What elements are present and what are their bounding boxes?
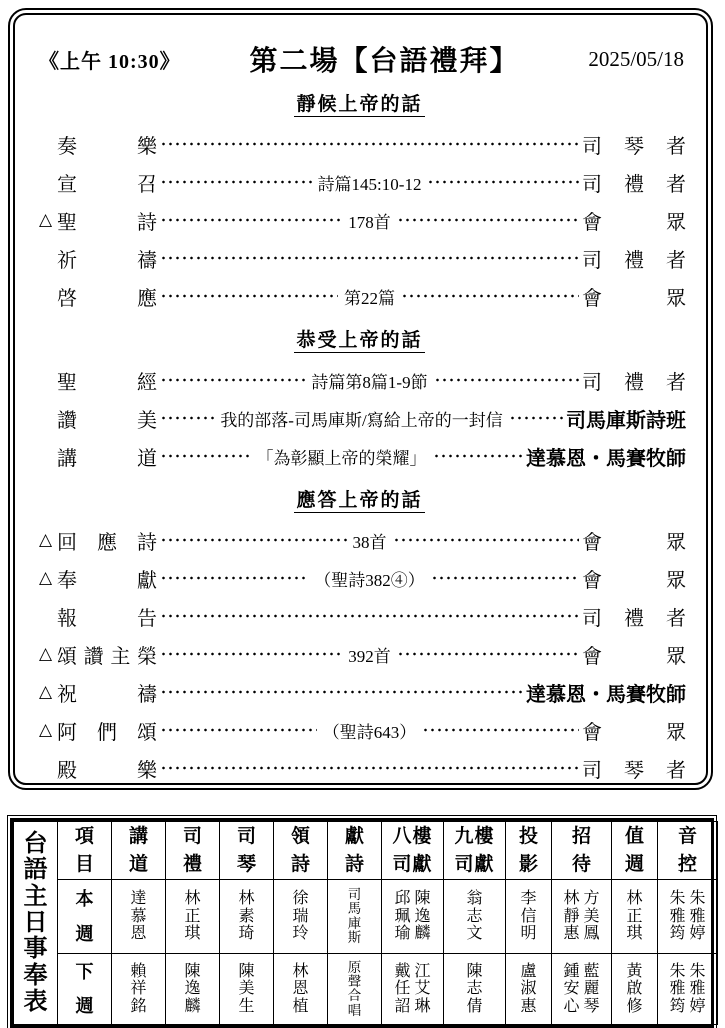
roster-cell: 邱珮瑜陳逸麟: [382, 880, 444, 954]
person-name: 盧淑惠: [520, 963, 538, 1016]
roster-cell-names: 朱雅筠朱雅婷: [658, 963, 717, 1016]
program-item-label: 祝禱: [57, 678, 157, 707]
worship-program-inner-border: 《上午 10:30》 第二場【台語禮拜】 2025/05/18 靜候上帝的話奏樂…: [13, 13, 708, 785]
section-heading: 靜候上帝的話: [29, 89, 690, 121]
program-row: △回應詩38首會眾: [29, 521, 690, 559]
dotted-leader: [160, 370, 305, 390]
column-header-text: 項目: [74, 823, 96, 878]
roster-data-row: 下週賴祥銘陳逸麟陳美生林恩植原聲合唱戴任詔江艾琳陳志倩盧淑惠鍾安心藍麗琴黃啟修朱…: [14, 954, 718, 1025]
service-date: 2025/05/18: [588, 47, 684, 72]
roster-cell-names: 原聲合唱: [328, 961, 381, 1018]
program-item-performer: 達慕恩・馬賽牧師: [526, 442, 686, 471]
roster-cell: 朱雅筠朱雅婷: [658, 880, 718, 954]
roster-cell-names: 黃啟修: [612, 963, 657, 1016]
person-name: 江艾琳: [414, 963, 432, 1016]
program-item-performer: 會眾: [582, 526, 686, 555]
roster-cell: 林恩植: [274, 954, 328, 1025]
column-header: 項目: [58, 822, 112, 880]
roster-cell: 林正琪: [166, 880, 220, 954]
person-name: 朱雅筠: [669, 963, 687, 1016]
roster-cell-names: 邱珮瑜陳逸麟: [382, 890, 443, 943]
triangle-marker: △: [39, 530, 57, 550]
program-row: 報告司禮者: [29, 597, 690, 635]
column-header-text: 投影: [518, 823, 540, 878]
dotted-leader: [160, 286, 338, 306]
dotted-leader: [160, 568, 308, 588]
person-name: 翁志文: [466, 890, 484, 943]
person-name: 林正琪: [626, 890, 644, 943]
roster-data-row: 本週達慕恩林正琪林素琦徐瑞玲司馬庫斯邱珮瑜陳逸麟翁志文李信明林靜惠方美鳳林正琪朱…: [14, 880, 718, 954]
dotted-leader: [160, 172, 312, 192]
roster-cell: 鍾安心藍麗琴: [552, 954, 612, 1025]
program-item-performer: 司禮者: [582, 244, 686, 273]
person-name: 邱珮瑜: [394, 890, 412, 943]
program-body: 靜候上帝的話奏樂司琴者宣召詩篇145:10-12司禮者△聖詩178首會眾祈禱司禮…: [29, 89, 690, 787]
program-row: 讚美我的部落-司馬庫斯/寫給上帝的一封信司馬庫斯詩班: [29, 399, 690, 437]
program-row: △阿們頌（聖詩643）會眾: [29, 711, 690, 749]
column-header: 講道: [112, 822, 166, 880]
dotted-leader: [433, 446, 524, 466]
program-item-label: 奏樂: [57, 130, 157, 159]
roster-cell-names: 賴祥銘: [112, 963, 165, 1016]
page-title: 第二場【台語禮拜】: [249, 39, 519, 79]
column-header: 領詩: [274, 822, 328, 880]
program-item-label: 聖詩: [57, 206, 157, 235]
column-header: 司禮: [166, 822, 220, 880]
person-name: 達慕恩: [130, 890, 148, 943]
triangle-marker: △: [39, 720, 57, 740]
dotted-leader: [401, 286, 579, 306]
person-name: 朱雅婷: [689, 890, 707, 943]
program-row: △祝禱達慕恩・馬賽牧師: [29, 673, 690, 711]
program-item-detail: 178首: [345, 208, 394, 233]
roster-cell: 陳志倩: [444, 954, 506, 1025]
dotted-leader: [160, 644, 342, 664]
program-item-detail: 38首: [350, 528, 390, 553]
dotted-leader: [427, 172, 579, 192]
column-header-text: 獻詩: [344, 823, 366, 878]
column-header-text: 領詩: [290, 823, 312, 878]
dotted-leader: [509, 408, 563, 428]
row-label-cell: 下週: [58, 954, 112, 1025]
program-row: △奉獻（聖詩382④）會眾: [29, 559, 690, 597]
person-name: 陳志倩: [466, 963, 484, 1016]
program-item-performer: 司琴者: [582, 754, 686, 783]
program-item-performer: 司禮者: [582, 366, 686, 395]
roster-cell: 賴祥銘: [112, 954, 166, 1025]
program-item-performer: 會眾: [582, 206, 686, 235]
triangle-marker: △: [39, 568, 57, 588]
dotted-leader: [393, 530, 580, 550]
roster-cell-names: 林素琦: [220, 890, 273, 943]
column-header-text: 司禮: [182, 823, 204, 878]
row-label-cell: 本週: [58, 880, 112, 954]
program-item-detail: 第22篇: [341, 284, 398, 309]
person-name: 司馬庫斯: [347, 888, 362, 945]
program-row: 啓應第22篇會眾: [29, 277, 690, 315]
dotted-leader: [431, 568, 579, 588]
person-name: 朱雅婷: [689, 963, 707, 1016]
roster-cell-names: 陳逸麟: [166, 963, 219, 1016]
person-name: 陳逸麟: [184, 963, 202, 1016]
roster-cell-names: 司馬庫斯: [328, 888, 381, 945]
program-item-label: 報告: [57, 602, 157, 631]
person-name: 戴任詔: [394, 963, 412, 1016]
dotted-leader: [422, 720, 579, 740]
section-heading: 恭受上帝的話: [29, 325, 690, 357]
person-name: 徐瑞玲: [292, 890, 310, 943]
section-heading-text: 靜候上帝的話: [294, 94, 424, 117]
roster-cell: 黃啟修: [612, 954, 658, 1025]
program-row: △頌讚主榮392首會眾: [29, 635, 690, 673]
program-item-label: 宣召: [57, 168, 157, 197]
dotted-leader: [160, 720, 317, 740]
triangle-marker: △: [39, 210, 57, 230]
dotted-leader: [160, 248, 579, 268]
section-heading: 應答上帝的話: [29, 485, 690, 517]
roster-cell-names: 林正琪: [166, 890, 219, 943]
column-header: 司琴: [220, 822, 274, 880]
program-row: 殿樂司琴者: [29, 749, 690, 787]
column-header: 招待: [552, 822, 612, 880]
roster-cell: 陳逸麟: [166, 954, 220, 1025]
program-item-detail: 我的部落-司馬庫斯/寫給上帝的一封信: [217, 406, 505, 431]
section-heading-text: 應答上帝的話: [294, 490, 424, 513]
roster-cell: 陳美生: [220, 954, 274, 1025]
person-name: 原聲合唱: [347, 961, 362, 1018]
person-name: 林恩植: [292, 963, 310, 1016]
column-header-text: 司琴: [236, 823, 258, 878]
program-item-label: 奉獻: [57, 564, 157, 593]
program-item-label: 回應詩: [57, 526, 157, 555]
person-name: 陳逸麟: [414, 890, 432, 943]
dotted-leader: [160, 408, 214, 428]
service-time: 《上午 10:30》: [39, 45, 181, 74]
program-item-performer: 司禮者: [582, 602, 686, 631]
column-header-text: 講道: [128, 823, 150, 878]
dotted-leader: [160, 758, 579, 778]
roster-cell-names: 林靜惠方美鳳: [552, 890, 611, 943]
roster-cell-names: 陳美生: [220, 963, 273, 1016]
person-name: 方美鳳: [583, 890, 601, 943]
program-item-label: 讚美: [57, 404, 157, 433]
roster-cell-names: 朱雅筠朱雅婷: [658, 890, 717, 943]
roster-cell: 林靜惠方美鳳: [552, 880, 612, 954]
program-item-performer: 會眾: [582, 564, 686, 593]
program-item-performer: 會眾: [582, 282, 686, 311]
duty-roster-table-wrap: 台語主日事奉表項目講道司禮司琴領詩獻詩八樓司獻九樓司獻投影招待值週音控本週達慕恩…: [10, 818, 714, 1028]
column-header: 投影: [506, 822, 552, 880]
program-item-label: 啓應: [57, 282, 157, 311]
person-name: 黃啟修: [626, 963, 644, 1016]
column-header-text: 九樓司獻: [453, 823, 497, 878]
program-item-detail: 詩篇第8篇1-9節: [308, 368, 430, 393]
roster-cell-names: 達慕恩: [112, 890, 165, 943]
dotted-leader: [160, 682, 523, 702]
table-title: 台語主日事奉表: [22, 831, 50, 1016]
roster-cell: 林素琦: [220, 880, 274, 954]
roster-cell: 朱雅筠朱雅婷: [658, 954, 718, 1025]
roster-cell-names: 鍾安心藍麗琴: [552, 963, 611, 1016]
program-item-performer: 司馬庫斯詩班: [566, 404, 686, 433]
duty-roster-table: 台語主日事奉表項目講道司禮司琴領詩獻詩八樓司獻九樓司獻投影招待值週音控本週達慕恩…: [13, 821, 718, 1025]
dotted-leader: [160, 134, 579, 154]
person-name: 林靜惠: [563, 890, 581, 943]
column-header-text: 音控: [677, 823, 699, 878]
program-item-detail: 「為彰顯上帝的榮耀」: [254, 444, 430, 469]
program-item-performer: 會眾: [582, 716, 686, 745]
person-name: 朱雅筠: [669, 890, 687, 943]
section-heading-text: 恭受上帝的話: [294, 330, 424, 353]
roster-cell-names: 林正琪: [612, 890, 657, 943]
program-item-label: 聖經: [57, 366, 157, 395]
person-name: 林正琪: [184, 890, 202, 943]
person-name: 陳美生: [238, 963, 256, 1016]
program-item-performer: 司琴者: [582, 130, 686, 159]
program-item-label: 講道: [57, 442, 157, 471]
program-item-label: 祈禱: [57, 244, 157, 273]
roster-cell-names: 李信明: [506, 890, 551, 943]
dotted-leader: [397, 644, 579, 664]
roster-cell: 達慕恩: [112, 880, 166, 954]
program-item-performer: 司禮者: [582, 168, 686, 197]
column-header: 獻詩: [328, 822, 382, 880]
column-header-text: 八樓司獻: [391, 823, 435, 878]
roster-cell: 戴任詔江艾琳: [382, 954, 444, 1025]
program-item-performer: 達慕恩・馬賽牧師: [526, 678, 686, 707]
roster-header-row: 台語主日事奉表項目講道司禮司琴領詩獻詩八樓司獻九樓司獻投影招待值週音控: [14, 822, 718, 880]
roster-cell-names: 盧淑惠: [506, 963, 551, 1016]
roster-cell: 徐瑞玲: [274, 880, 328, 954]
column-header: 值週: [612, 822, 658, 880]
dotted-leader: [160, 606, 579, 626]
roster-cell: 翁志文: [444, 880, 506, 954]
dotted-leader: [434, 370, 579, 390]
row-label: 下週: [74, 955, 95, 1023]
roster-side-title-cell: 台語主日事奉表: [14, 822, 58, 1025]
program-item-label: 頌讚主榮: [57, 640, 157, 669]
triangle-marker: △: [39, 644, 57, 664]
column-header-text: 值週: [624, 823, 646, 878]
roster-cell-names: 翁志文: [444, 890, 505, 943]
program-item-detail: （聖詩643）: [320, 718, 420, 743]
column-header: 音控: [658, 822, 718, 880]
row-label: 本週: [74, 882, 95, 950]
roster-cell: 司馬庫斯: [328, 880, 382, 954]
dotted-leader: [160, 446, 251, 466]
program-item-label: 阿們頌: [57, 716, 157, 745]
program-row: 聖經詩篇第8篇1-9節司禮者: [29, 361, 690, 399]
program-item-detail: 詩篇145:10-12: [315, 170, 425, 195]
program-item-detail: 392首: [345, 642, 394, 667]
column-header: 九樓司獻: [444, 822, 506, 880]
person-name: 李信明: [520, 890, 538, 943]
dotted-leader: [160, 210, 342, 230]
program-row: 講道「為彰顯上帝的榮耀」達慕恩・馬賽牧師: [29, 437, 690, 475]
dotted-leader: [397, 210, 579, 230]
roster-cell-names: 戴任詔江艾琳: [382, 963, 443, 1016]
roster-cell: 原聲合唱: [328, 954, 382, 1025]
program-row: 奏樂司琴者: [29, 125, 690, 163]
program-header: 《上午 10:30》 第二場【台語禮拜】 2025/05/18: [39, 39, 684, 79]
column-header: 八樓司獻: [382, 822, 444, 880]
program-item-performer: 會眾: [582, 640, 686, 669]
roster-cell: 李信明: [506, 880, 552, 954]
person-name: 藍麗琴: [583, 963, 601, 1016]
program-row: 宣召詩篇145:10-12司禮者: [29, 163, 690, 201]
program-item-detail: （聖詩382④）: [311, 566, 428, 591]
roster-cell-names: 徐瑞玲: [274, 890, 327, 943]
roster-cell-names: 林恩植: [274, 963, 327, 1016]
program-row: △聖詩178首會眾: [29, 201, 690, 239]
program-item-label: 殿樂: [57, 754, 157, 783]
person-name: 林素琦: [238, 890, 256, 943]
person-name: 鍾安心: [563, 963, 581, 1016]
person-name: 賴祥銘: [130, 963, 148, 1016]
column-header-text: 招待: [571, 823, 593, 878]
program-row: 祈禱司禮者: [29, 239, 690, 277]
roster-cell: 林正琪: [612, 880, 658, 954]
worship-program-box: 《上午 10:30》 第二場【台語禮拜】 2025/05/18 靜候上帝的話奏樂…: [8, 8, 713, 790]
triangle-marker: △: [39, 682, 57, 702]
roster-cell-names: 陳志倩: [444, 963, 505, 1016]
roster-cell: 盧淑惠: [506, 954, 552, 1025]
dotted-leader: [160, 530, 347, 550]
